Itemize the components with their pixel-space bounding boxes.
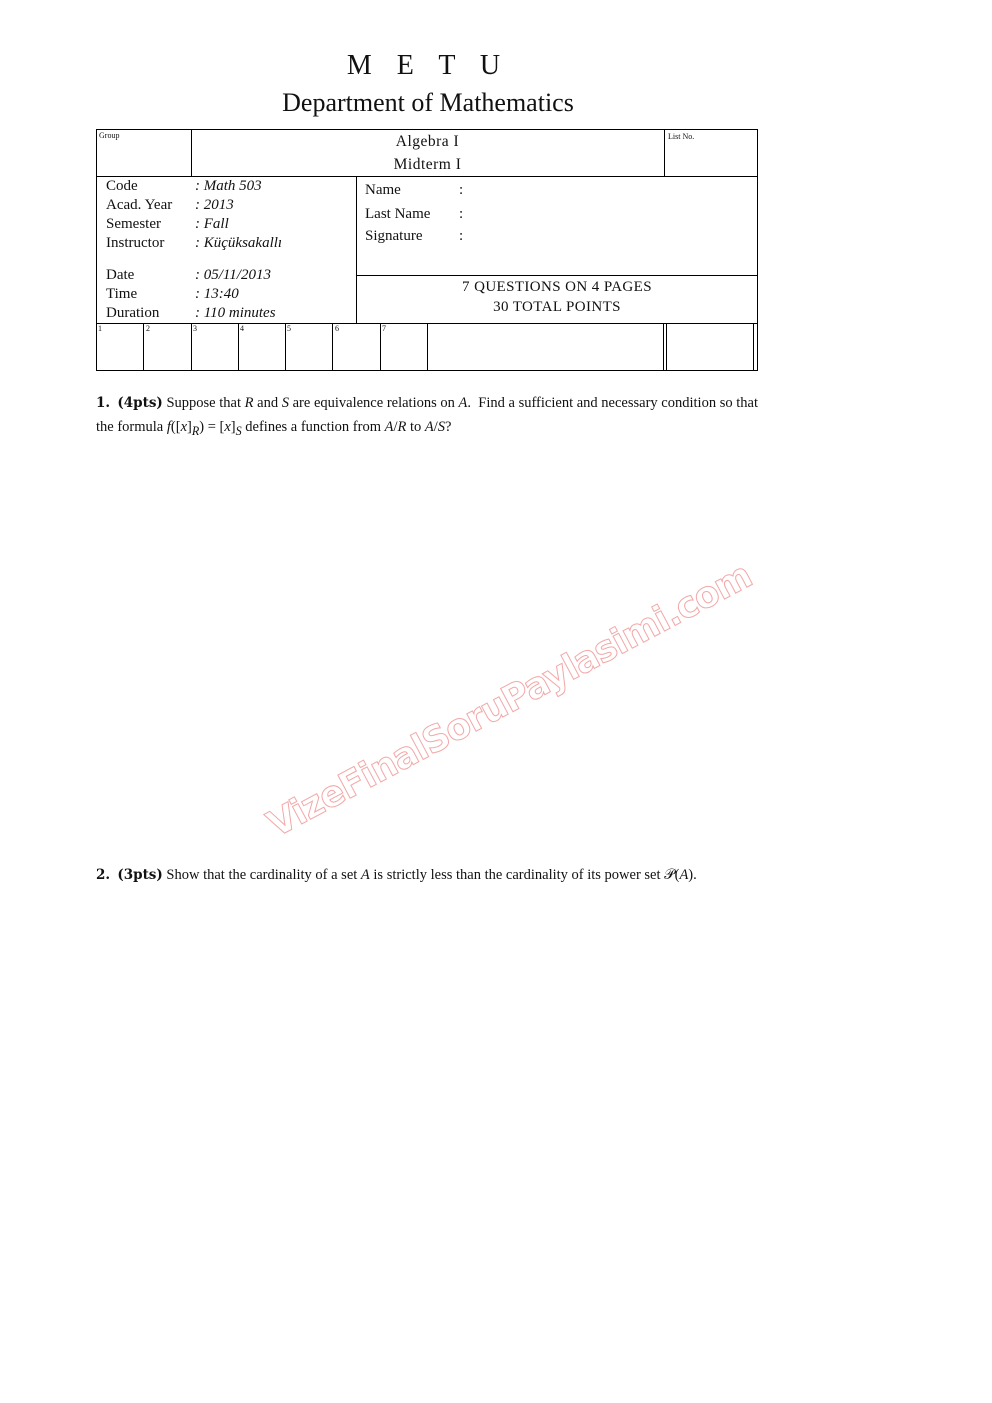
course-name: Algebra I	[191, 133, 664, 151]
score-cell-5: 5	[287, 324, 291, 333]
watermark: VizeFinalSoruPaylasimi.com	[261, 565, 739, 845]
exam-header-form: Group List No. Algebra I Midterm I Code …	[96, 129, 758, 371]
info-label: Acad. Year	[106, 196, 172, 215]
question-points: (4pts)	[117, 395, 162, 411]
score-cell-3: 3	[193, 324, 197, 333]
exam-name: Midterm I	[191, 156, 664, 174]
info-label: Code	[106, 177, 138, 196]
info-value-instructor: : Küçüksakallı	[195, 234, 282, 253]
info-value-duration: : 110 minutes	[195, 304, 276, 323]
question-text: Show that the cardinality of a set A is …	[166, 867, 696, 883]
signature-field[interactable]	[468, 227, 748, 267]
signature-label: Signature	[365, 228, 423, 245]
score-cell-1: 1	[98, 324, 102, 333]
questions-summary: 7 QUESTIONS ON 4 PAGES	[357, 279, 757, 296]
question-1: 1. (4pts) Suppose that R and S are equiv…	[96, 391, 758, 443]
name-field[interactable]	[468, 181, 748, 201]
exam-info: Code : Math 503 Acad. Year : 2013 Semest…	[106, 177, 351, 323]
info-label: Date	[106, 266, 134, 285]
university-title: M E T U	[0, 50, 856, 82]
question-number: 1.	[96, 395, 110, 411]
name-label: Name	[365, 182, 401, 199]
list-no-field[interactable]	[666, 141, 756, 175]
info-value-semester: : Fall	[195, 215, 229, 234]
info-label: Time	[106, 285, 137, 304]
info-label: Semester	[106, 215, 161, 234]
info-value-year: : 2013	[195, 196, 234, 215]
list-no-label: List No.	[668, 132, 694, 141]
info-value-date: : 05/11/2013	[195, 266, 271, 285]
info-value-time: : 13:40	[195, 285, 239, 304]
points-summary: 30 TOTAL POINTS	[357, 299, 757, 316]
score-cell-2: 2	[146, 324, 150, 333]
group-field[interactable]	[97, 141, 190, 175]
last-name-field[interactable]	[468, 205, 748, 225]
question-2: 2. (3pts) Show that the cardinality of a…	[96, 863, 758, 887]
question-number: 2.	[96, 867, 110, 883]
score-cell-7: 7	[382, 324, 386, 333]
info-value-code: : Math 503	[195, 177, 262, 196]
info-label: Duration	[106, 304, 159, 323]
info-label: Instructor	[106, 234, 164, 253]
group-label: Group	[99, 131, 119, 140]
score-cell-6: 6	[335, 324, 339, 333]
last-name-label: Last Name	[365, 206, 430, 223]
question-text: Suppose that R and S are equivalence rel…	[96, 395, 758, 435]
question-points: (3pts)	[117, 867, 162, 883]
score-cell-4: 4	[240, 324, 244, 333]
department-title: Department of Mathematics	[0, 88, 856, 118]
